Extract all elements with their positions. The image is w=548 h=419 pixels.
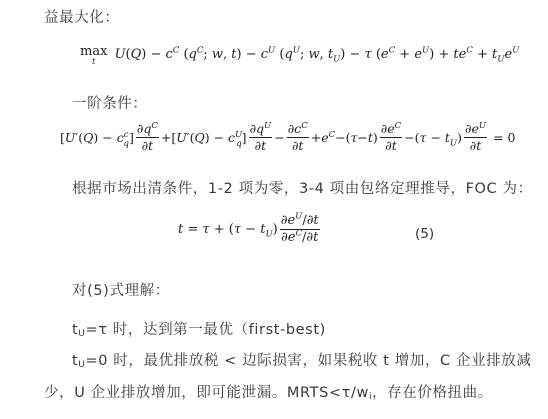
paragraph-market-clearing: 根据市场出清条件，1-2 项为零，3-4 项由包络定理推导，FOC 为： <box>72 177 533 198</box>
case-zero-tax: tU=0 时，最优排放税 < 边际损害，如果税收 t 增加，C 企业排放减 <box>72 349 531 370</box>
heading-first-order-conditions: 一阶条件： <box>72 92 148 113</box>
case-first-best: tU=τ 时，达到第一最优（first-best) <box>72 318 326 339</box>
equation-5: t = τ + (τ − tU) ∂eU/∂t∂eC/∂t <box>178 214 322 245</box>
max-operator: max t <box>80 44 107 65</box>
paragraph-interpretation: 对(5)式理解： <box>72 279 170 300</box>
case-zero-tax-continued: 少，U 企业排放增加，即可能泄漏。MRTS<τ/wi，存在价格扭曲。 <box>44 381 493 402</box>
equation-number: (5) <box>415 226 434 242</box>
equation-foc: [U′(Q) − ccq] ∂qC∂t +[U′(Q) − cUq] ∂qU∂t… <box>60 122 515 153</box>
equation-objective: max t U(Q) − cC (qC; w, t) − cU (qU; w, … <box>80 44 519 65</box>
heading-maximize: 益最大化： <box>44 6 120 27</box>
